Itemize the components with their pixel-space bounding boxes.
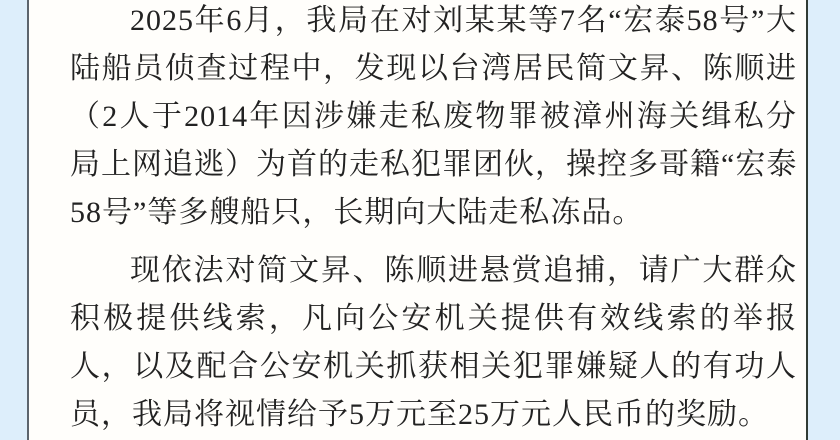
text-line: 2025年6月，我局在对刘某某等7名“宏泰58号”大 — [70, 0, 797, 45]
text-line: 现依法对简文昇、陈顺进悬赏追捕，请广大群众 — [70, 247, 797, 295]
page-right-margin — [806, 0, 840, 440]
paragraph-case-summary: 2025年6月，我局在对刘某某等7名“宏泰58号”大 陆船员侦查过程中，发现以台… — [70, 0, 797, 237]
text-line: 局上网追逃）为首的走私犯罪团伙，操控多哥籍“宏泰 — [70, 141, 797, 189]
notice-body: 2025年6月，我局在对刘某某等7名“宏泰58号”大 陆船员侦查过程中，发现以台… — [70, 0, 797, 439]
text-line: 员，我局将视情给予5万元至25万元人民币的奖励。 — [70, 391, 797, 439]
text-line: 人，以及配合公安机关抓获相关犯罪嫌疑人的有功人 — [70, 343, 797, 391]
text-line: 58号”等多艘船只，长期向大陆走私冻品。 — [70, 189, 797, 237]
document-page: 2025年6月，我局在对刘某某等7名“宏泰58号”大 陆船员侦查过程中，发现以台… — [0, 0, 840, 440]
page-left-margin — [0, 0, 29, 440]
text-line: 陆船员侦查过程中，发现以台湾居民简文昇、陈顺进 — [70, 45, 797, 93]
paragraph-reward-notice: 现依法对简文昇、陈顺进悬赏追捕，请广大群众 积极提供线索，凡向公安机关提供有效线… — [70, 247, 797, 439]
text-line: （2人于2014年因涉嫌走私废物罪被漳州海关缉私分 — [70, 93, 797, 141]
text-line: 积极提供线索，凡向公安机关提供有效线索的举报 — [70, 295, 797, 343]
